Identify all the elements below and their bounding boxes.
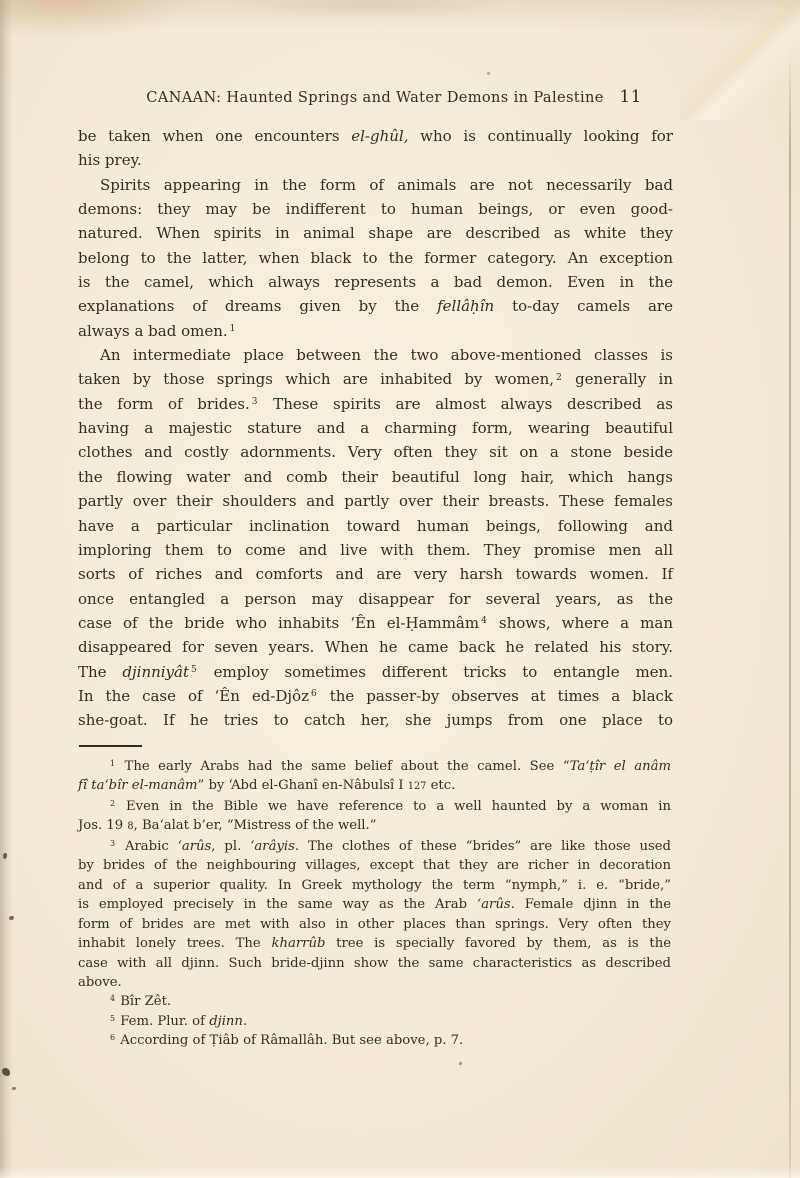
footnote-line: fî ta‘bîr el-manâm” by ‘Abd el-Ghanî en-…: [78, 776, 671, 796]
top-left-smudge: [0, 0, 195, 40]
ink-speck: [12, 1087, 16, 1090]
footnote-line: 6 According of Ṭiâb of Râmallâh. But see…: [78, 1031, 671, 1050]
footnote-line: by brides of the neighbouring villages, …: [78, 856, 671, 875]
top-right-fold: [680, 0, 800, 120]
footnote-line: 5 Fem. Plur. of djinn.: [78, 1012, 671, 1031]
body-text-line: partly over their shoulders and partly o…: [78, 489, 673, 513]
body-text-line: taken by those springs which are inhabit…: [78, 367, 673, 391]
body-text-line: In the case of ‘Ên ed-Djôz6 the passer-b…: [78, 684, 673, 708]
footnote-line: and of a superior quality. In Greek myth…: [78, 876, 671, 895]
footnote-line: 3 Arabic ‘arûs, pl. ‘arâyis. The clothes…: [78, 837, 671, 856]
footnote-line: case with all djinn. Such bride-djinn sh…: [78, 954, 671, 973]
body-text-line: disappeared for seven years. When he cam…: [78, 635, 673, 659]
body-text-line: she-goat. If he tries to catch her, she …: [78, 708, 673, 732]
body-text-line: belong to the latter, when black to the …: [78, 246, 673, 270]
body-text-line: case of the bride who inhabits ‘Ên el-Ḥa…: [78, 611, 673, 635]
body-text-line: Spirits appearing in the form of animals…: [78, 173, 673, 197]
body-text-line: sorts of riches and comforts and are ver…: [78, 562, 673, 586]
ink-speck: [9, 916, 14, 920]
footnotes: 1 The early Arabs had the same belief ab…: [78, 757, 671, 1051]
top-center-smudge: [230, 0, 510, 20]
body-text-line: the flowing water and comb their beautif…: [78, 465, 673, 489]
body-text-line: have a particular inclination toward hum…: [78, 514, 673, 538]
scanned-book-page: CANAAN: Haunted Springs and Water Demons…: [0, 0, 800, 1178]
body-text-line: demons: they may be indifferent to human…: [78, 197, 673, 221]
body-text-line: the form of brides.3 These spirits are a…: [78, 392, 673, 416]
footnote-line: inhabit lonely trees. The kharrûb tree i…: [78, 934, 671, 953]
footnote-line: Jos. 19 8, Ba‘alat b’er, “Mistress of th…: [78, 816, 671, 836]
pencil-mark: [2, 1068, 10, 1076]
footnote-line: is employed precisely in the same way as…: [78, 895, 671, 914]
body-text-line: clothes and costly adornments. Very ofte…: [78, 440, 673, 464]
footnote-line: form of brides are met with also in othe…: [78, 915, 671, 934]
ink-speck: [487, 72, 490, 75]
body-text-line: The djinniyât5 employ sometimes differen…: [78, 660, 673, 684]
page-left-edge-shadow: [0, 0, 13, 1178]
body-text-line: natured. When spirits in animal shape ar…: [78, 221, 673, 245]
right-page-crease: [789, 52, 791, 1178]
body-text-line: once entangled a person may disappear fo…: [78, 587, 673, 611]
body-text-line: imploring them to come and live with the…: [78, 538, 673, 562]
footnote-line: 2 Even in the Bible we have reference to…: [78, 797, 671, 816]
body-text-line: having a majestic stature and a charming…: [78, 416, 673, 440]
body-text-line: his prey.: [78, 148, 673, 172]
page-bottom-edge: [0, 1166, 800, 1178]
ink-speck: [459, 1062, 462, 1065]
body-text-line: An intermediate place between the two ab…: [78, 343, 673, 367]
footnote-line: 1 The early Arabs had the same belief ab…: [78, 757, 671, 776]
body-text-line: explanations of dreams given by the fell…: [78, 294, 673, 318]
body-text-line: always a bad omen.1: [78, 319, 673, 343]
footnote-line: 4 Bîr Zêt.: [78, 992, 671, 1011]
running-head: CANAAN: Haunted Springs and Water Demons…: [78, 89, 672, 111]
body-text-line: be taken when one encounters el-ghûl, wh…: [78, 124, 673, 148]
page-header-title: CANAAN: Haunted Springs and Water Demons…: [146, 89, 604, 106]
body-text-line: is the camel, which always represents a …: [78, 270, 673, 294]
footnote-line: above.: [78, 973, 671, 992]
main-text: be taken when one encounters el-ghûl, wh…: [78, 124, 673, 733]
footnote-divider: [79, 745, 142, 747]
page-number: 11: [619, 87, 642, 107]
